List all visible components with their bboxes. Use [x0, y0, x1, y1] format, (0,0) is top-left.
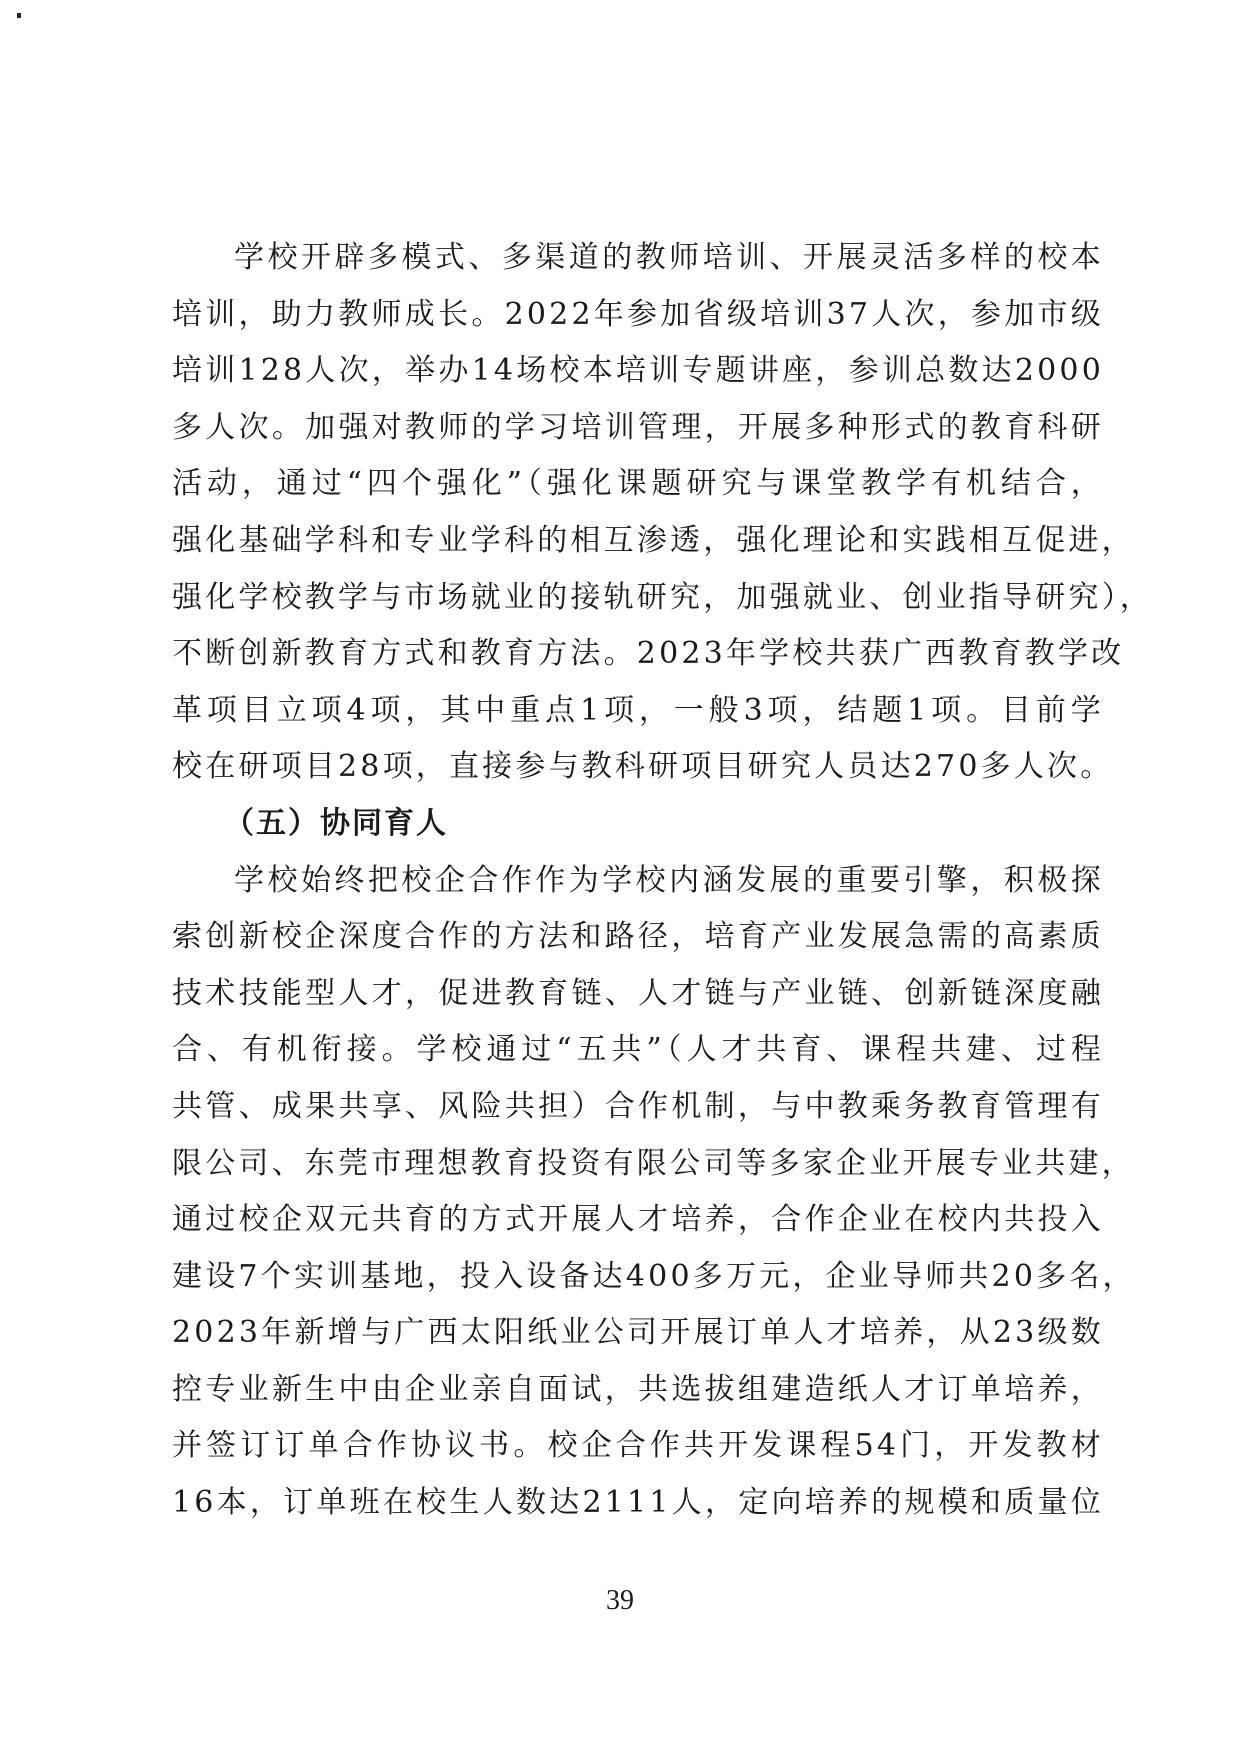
text-line: 校在研项目28项，直接参与教科研项目研究人员达270多人次。 — [172, 739, 1104, 796]
text-line: 2023年新增与广西太阳纸业公司开展订单人才培养，从23级数 — [172, 1305, 1104, 1362]
paragraph-teacher-training: 学校开辟多模式、多渠道的教师培训、开展灵活多样的校本 培训，助力教师成长。202… — [172, 230, 1104, 796]
text-line: 共管、成果共享、风险共担）合作机制，与中教乘务教育管理有 — [172, 1079, 1104, 1136]
text-line: 通过校企双元共育的方式开展人才培养，合作企业在校内共投入 — [172, 1192, 1104, 1249]
text-line: 控专业新生中由企业亲自面试，共选拔组建造纸人才订单培养， — [172, 1362, 1104, 1419]
text-line: 限公司、东莞市理想教育投资有限公司等多家企业开展专业共建， — [172, 1136, 1104, 1193]
text-line: 技术技能型人才，促进教育链、人才链与产业链、创新链深度融 — [172, 966, 1104, 1023]
paragraph-collaborative-education: 学校始终把校企合作作为学校内涵发展的重要引擎，积极探 索创新校企深度合作的方法和… — [172, 853, 1104, 1532]
text-line: 活动，通过“四个强化”（强化课题研究与课堂教学有机结合， — [172, 456, 1104, 513]
text-line: 学校始终把校企合作作为学校内涵发展的重要引擎，积极探 — [172, 853, 1104, 910]
text-line: 并签订订单合作协议书。校企合作共开发课程54门，开发教材 — [172, 1418, 1104, 1475]
text-line: 培训，助力教师成长。2022年参加省级培训37人次，参加市级 — [172, 287, 1104, 344]
page-number: 39 — [0, 1585, 1240, 1617]
text-line: 强化学校教学与市场就业的接轨研究，加强就业、创业指导研究）， — [172, 570, 1104, 627]
document-page: 学校开辟多模式、多渠道的教师培训、开展灵活多样的校本 培训，助力教师成长。202… — [172, 230, 1104, 1532]
scan-mark — [17, 13, 21, 18]
text-line: 多人次。加强对教师的学习培训管理，开展多种形式的教育科研 — [172, 400, 1104, 457]
text-line: 建设7个实训基地，投入设备达400多万元，企业导师共20多名， — [172, 1249, 1104, 1306]
text-line: 学校开辟多模式、多渠道的教师培训、开展灵活多样的校本 — [172, 230, 1104, 287]
text-line: 不断创新教育方式和教育方法。2023年学校共获广西教育教学改 — [172, 626, 1104, 683]
text-line: 培训128人次，举办14场校本培训专题讲座，参训总数达2000 — [172, 343, 1104, 400]
text-line: 强化基础学科和专业学科的相互渗透，强化理论和实践相互促进， — [172, 513, 1104, 570]
text-line: 合、有机衔接。学校通过“五共”（人才共育、课程共建、过程 — [172, 1022, 1104, 1079]
text-line: 16本，订单班在校生人数达2111人，定向培养的规模和质量位 — [172, 1475, 1104, 1532]
text-line: 革项目立项4项，其中重点1项，一般3项，结题1项。目前学 — [172, 683, 1104, 740]
text-line: 索创新校企深度合作的方法和路径，培育产业发展急需的高素质 — [172, 909, 1104, 966]
section-heading: （五）协同育人 — [172, 796, 1104, 853]
